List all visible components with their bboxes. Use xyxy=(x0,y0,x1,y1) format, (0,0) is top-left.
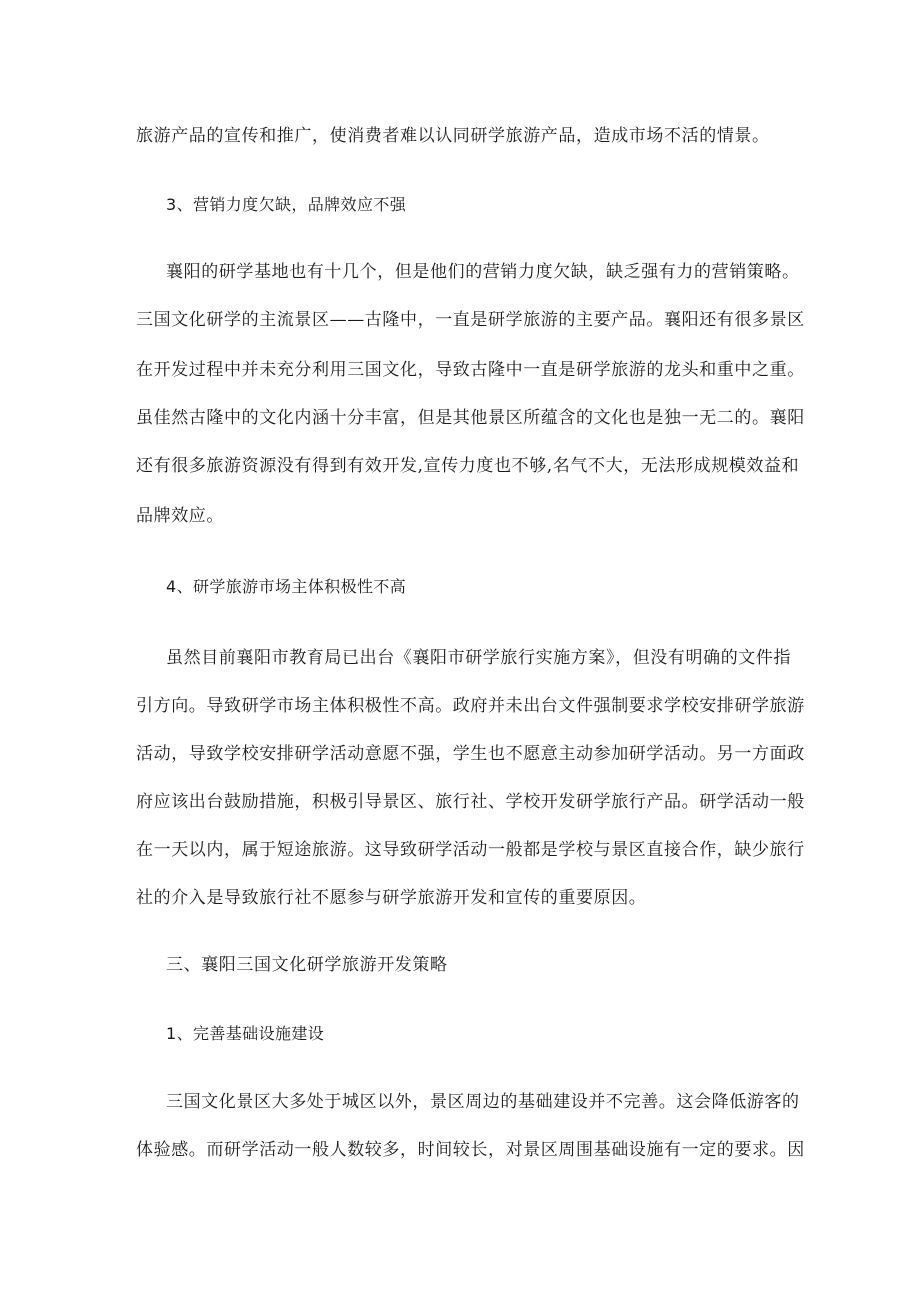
paragraph-line: 虽佳然古隆中的文化内涵十分丰富，但是其他景区所蕴含的文化也是独一无二的。襄阳 xyxy=(136,407,786,429)
paragraph-line: 在一天以内，属于短途旅游。这导致研学活动一般都是学校与景区直接合作，缺少旅行 xyxy=(136,839,786,861)
paragraph-line: 引方向。导致研学市场主体积极性不高。政府并未出台文件强制要求学校安排研学旅游 xyxy=(136,695,786,717)
section-heading-strategy: 三、襄阳三国文化研学旅游开发策略 xyxy=(166,954,816,976)
paragraph-line: 三国文化景区大多处于城区以外，景区周边的基础建设并不完善。这会降低游客的 xyxy=(166,1091,786,1113)
paragraph-line: 虽然目前襄阳市教育局已出台《襄阳市研学旅行实施方案》，但没有明确的文件指 xyxy=(166,647,786,669)
subheading-market-enthusiasm: 4、研学旅游市场主体积极性不高 xyxy=(166,576,816,598)
paragraph-line: 体验感。而研学活动一般人数较多，时间较长，对景区周围基础设施有一定的要求。因 xyxy=(136,1139,786,1161)
paragraph-line: 活动，导致学校安排研学活动意愿不强，学生也不愿意主动参加研学活动。另一方面政 xyxy=(136,743,786,765)
subheading-infrastructure: 1、完善基础设施建设 xyxy=(166,1023,816,1045)
paragraph-line: 襄阳的研学基地也有十几个，但是他们的营销力度欠缺，缺乏强有力的营销策略。 xyxy=(166,261,786,283)
paragraph-line: 还有很多旅游资源没有得到有效开发,宣传力度也不够,名气不大，无法形成规模效益和 xyxy=(136,455,786,477)
paragraph-line: 旅游产品的宣传和推广，使消费者难以认同研学旅游产品，造成市场不活的情景。 xyxy=(136,125,786,147)
paragraph-line: 在开发过程中并未充分利用三国文化，导致古隆中一直是研学旅游的龙头和重中之重。 xyxy=(136,359,786,381)
paragraph-line: 府应该出台鼓励措施，积极引导景区、旅行社、学校开发研学旅行产品。研学活动一般 xyxy=(136,791,786,813)
subheading-marketing: 3、营销力度欠缺，品牌效应不强 xyxy=(166,194,816,216)
paragraph-line: 三国文化研学的主流景区——古隆中，一直是研学旅游的主要产品。襄阳还有很多景区 xyxy=(136,309,786,331)
paragraph-line: 社的介入是导致旅行社不愿参与研学旅游开发和宣传的重要原因。 xyxy=(136,887,786,909)
paragraph-line: 品牌效应。 xyxy=(136,505,786,527)
document-page: 旅游产品的宣传和推广，使消费者难以认同研学旅游产品，造成市场不活的情景。 3、营… xyxy=(0,0,920,1301)
